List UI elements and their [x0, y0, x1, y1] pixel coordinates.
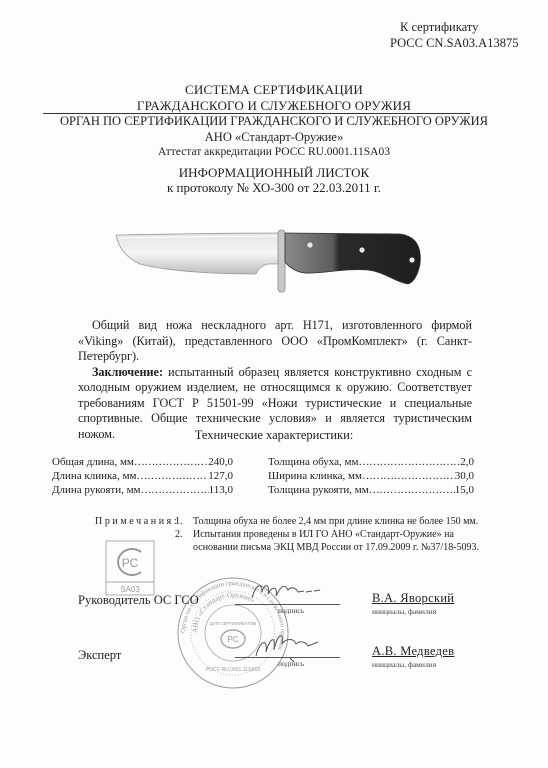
certificate-ref-label: К сертификату	[390, 19, 540, 35]
signatory-name-expert: А.В. Медведев	[372, 644, 454, 659]
spec-value: 15,0	[455, 483, 474, 497]
notes-heading: Примечания:	[95, 515, 179, 528]
signatory-name-head: В.А. Яворский	[372, 591, 454, 606]
system-title: СИСТЕМА СЕРТИФИКАЦИИ ГРАЖДАНСКОГО И СЛУЖ…	[0, 82, 548, 114]
spec-row: Толщина обуха, мм2,0	[268, 455, 474, 469]
spec-label: Длина клинка, мм	[52, 469, 137, 483]
info-sheet-title: ИНФОРМАЦИОННЫЙ ЛИСТОК к протоколу № ХО-3…	[0, 165, 548, 195]
description-block: Общий вид ножа нескладного арт. H171, из…	[78, 318, 472, 442]
spec-label: Общая длина, мм	[52, 455, 134, 469]
accreditation-number: Аттестат аккредитации РОСС RU.0001.11SA0…	[0, 145, 548, 161]
spec-row: Ширина клинка, мм30,0	[268, 469, 474, 483]
note-text: Испытания проведены в ИЛ ГО АНО «Стандар…	[193, 528, 485, 554]
info-sheet-heading: ИНФОРМАЦИОННЫЙ ЛИСТОК	[0, 165, 548, 180]
svg-text:РОСС RU.0001.11SA03: РОСС RU.0001.11SA03	[206, 667, 260, 673]
signatory-role-head: Руководитель ОС ГСО	[78, 593, 199, 608]
organization-block: ОРГАН ПО СЕРТИФИКАЦИИ ГРАЖДАНСКОГО И СЛУ…	[0, 114, 548, 161]
system-title-line1: СИСТЕМА СЕРТИФИКАЦИИ	[0, 82, 548, 98]
spec-label: Ширина клинка, мм	[268, 469, 362, 483]
svg-text:РС: РС	[122, 556, 139, 570]
specs-right-column: Толщина обуха, мм2,0 Ширина клинка, мм30…	[268, 455, 474, 497]
certification-organ: ОРГАН ПО СЕРТИФИКАЦИИ ГРАЖДАНСКОГО И СЛУ…	[0, 114, 548, 130]
knife-photo-icon	[110, 212, 430, 302]
spec-row: Общая длина, мм240,0	[52, 455, 233, 469]
note-item: 2.Испытания проведены в ИЛ ГО АНО «Станд…	[175, 528, 485, 554]
signature-caption: подпись	[278, 606, 304, 615]
note-number: 2.	[175, 528, 193, 554]
signatory-role-expert: Эксперт	[78, 648, 121, 663]
handwritten-signature-icon	[250, 630, 330, 664]
spec-value: 127,0	[208, 469, 233, 483]
protocol-reference: к протоколу № ХО-300 от 22.03.2011 г.	[0, 180, 548, 195]
name-caption: инициалы, фамилия	[372, 607, 436, 616]
spec-value: 240,0	[208, 455, 233, 469]
certificate-reference: К сертификату РОСС CN.SA03.A13875	[390, 19, 540, 51]
organization-name: АНО «Стандарт-Оружие»	[0, 130, 548, 146]
handwritten-signature-icon	[248, 578, 328, 604]
spec-label: Толщина рукояти, мм	[268, 483, 369, 497]
spec-label: Толщина обуха, мм	[268, 455, 358, 469]
general-view-text: Общий вид ножа нескладного арт. H171, из…	[78, 318, 472, 365]
specs-title: Технические характеристики:	[0, 428, 548, 443]
note-number: 1.	[175, 515, 193, 528]
note-item: 1.Толщина обуха не более 2,4 мм при длин…	[175, 515, 485, 528]
spec-row: Длина клинка, мм127,0	[52, 469, 233, 483]
name-caption: инициалы, фамилия	[372, 660, 436, 669]
spec-value: 113,0	[209, 483, 233, 497]
signature-line	[235, 604, 340, 605]
certificate-number: РОСС CN.SA03.A13875	[390, 35, 540, 51]
svg-text:РС: РС	[227, 635, 238, 644]
system-title-line2: ГРАЖДАНСКОГО И СЛУЖЕБНОГО ОРУЖИЯ	[0, 98, 548, 114]
spec-row: Длина рукояти, мм113,0	[52, 483, 233, 497]
spec-row: Толщина рукояти, мм15,0	[268, 483, 474, 497]
gost-certification-logo-icon: РС SA03	[105, 540, 155, 596]
conclusion-label: Заключение:	[92, 365, 163, 379]
spec-value: 2,0	[460, 455, 474, 469]
note-text: Толщина обуха не более 2,4 мм при длине …	[193, 515, 478, 528]
specs-left-column: Общая длина, мм240,0 Длина клинка, мм127…	[52, 455, 233, 497]
spec-value: 30,0	[455, 469, 474, 483]
svg-text:ДЛЯ СЕРТИФИКАТОВ: ДЛЯ СЕРТИФИКАТОВ	[210, 621, 257, 626]
spec-label: Длина рукояти, мм	[52, 483, 141, 497]
